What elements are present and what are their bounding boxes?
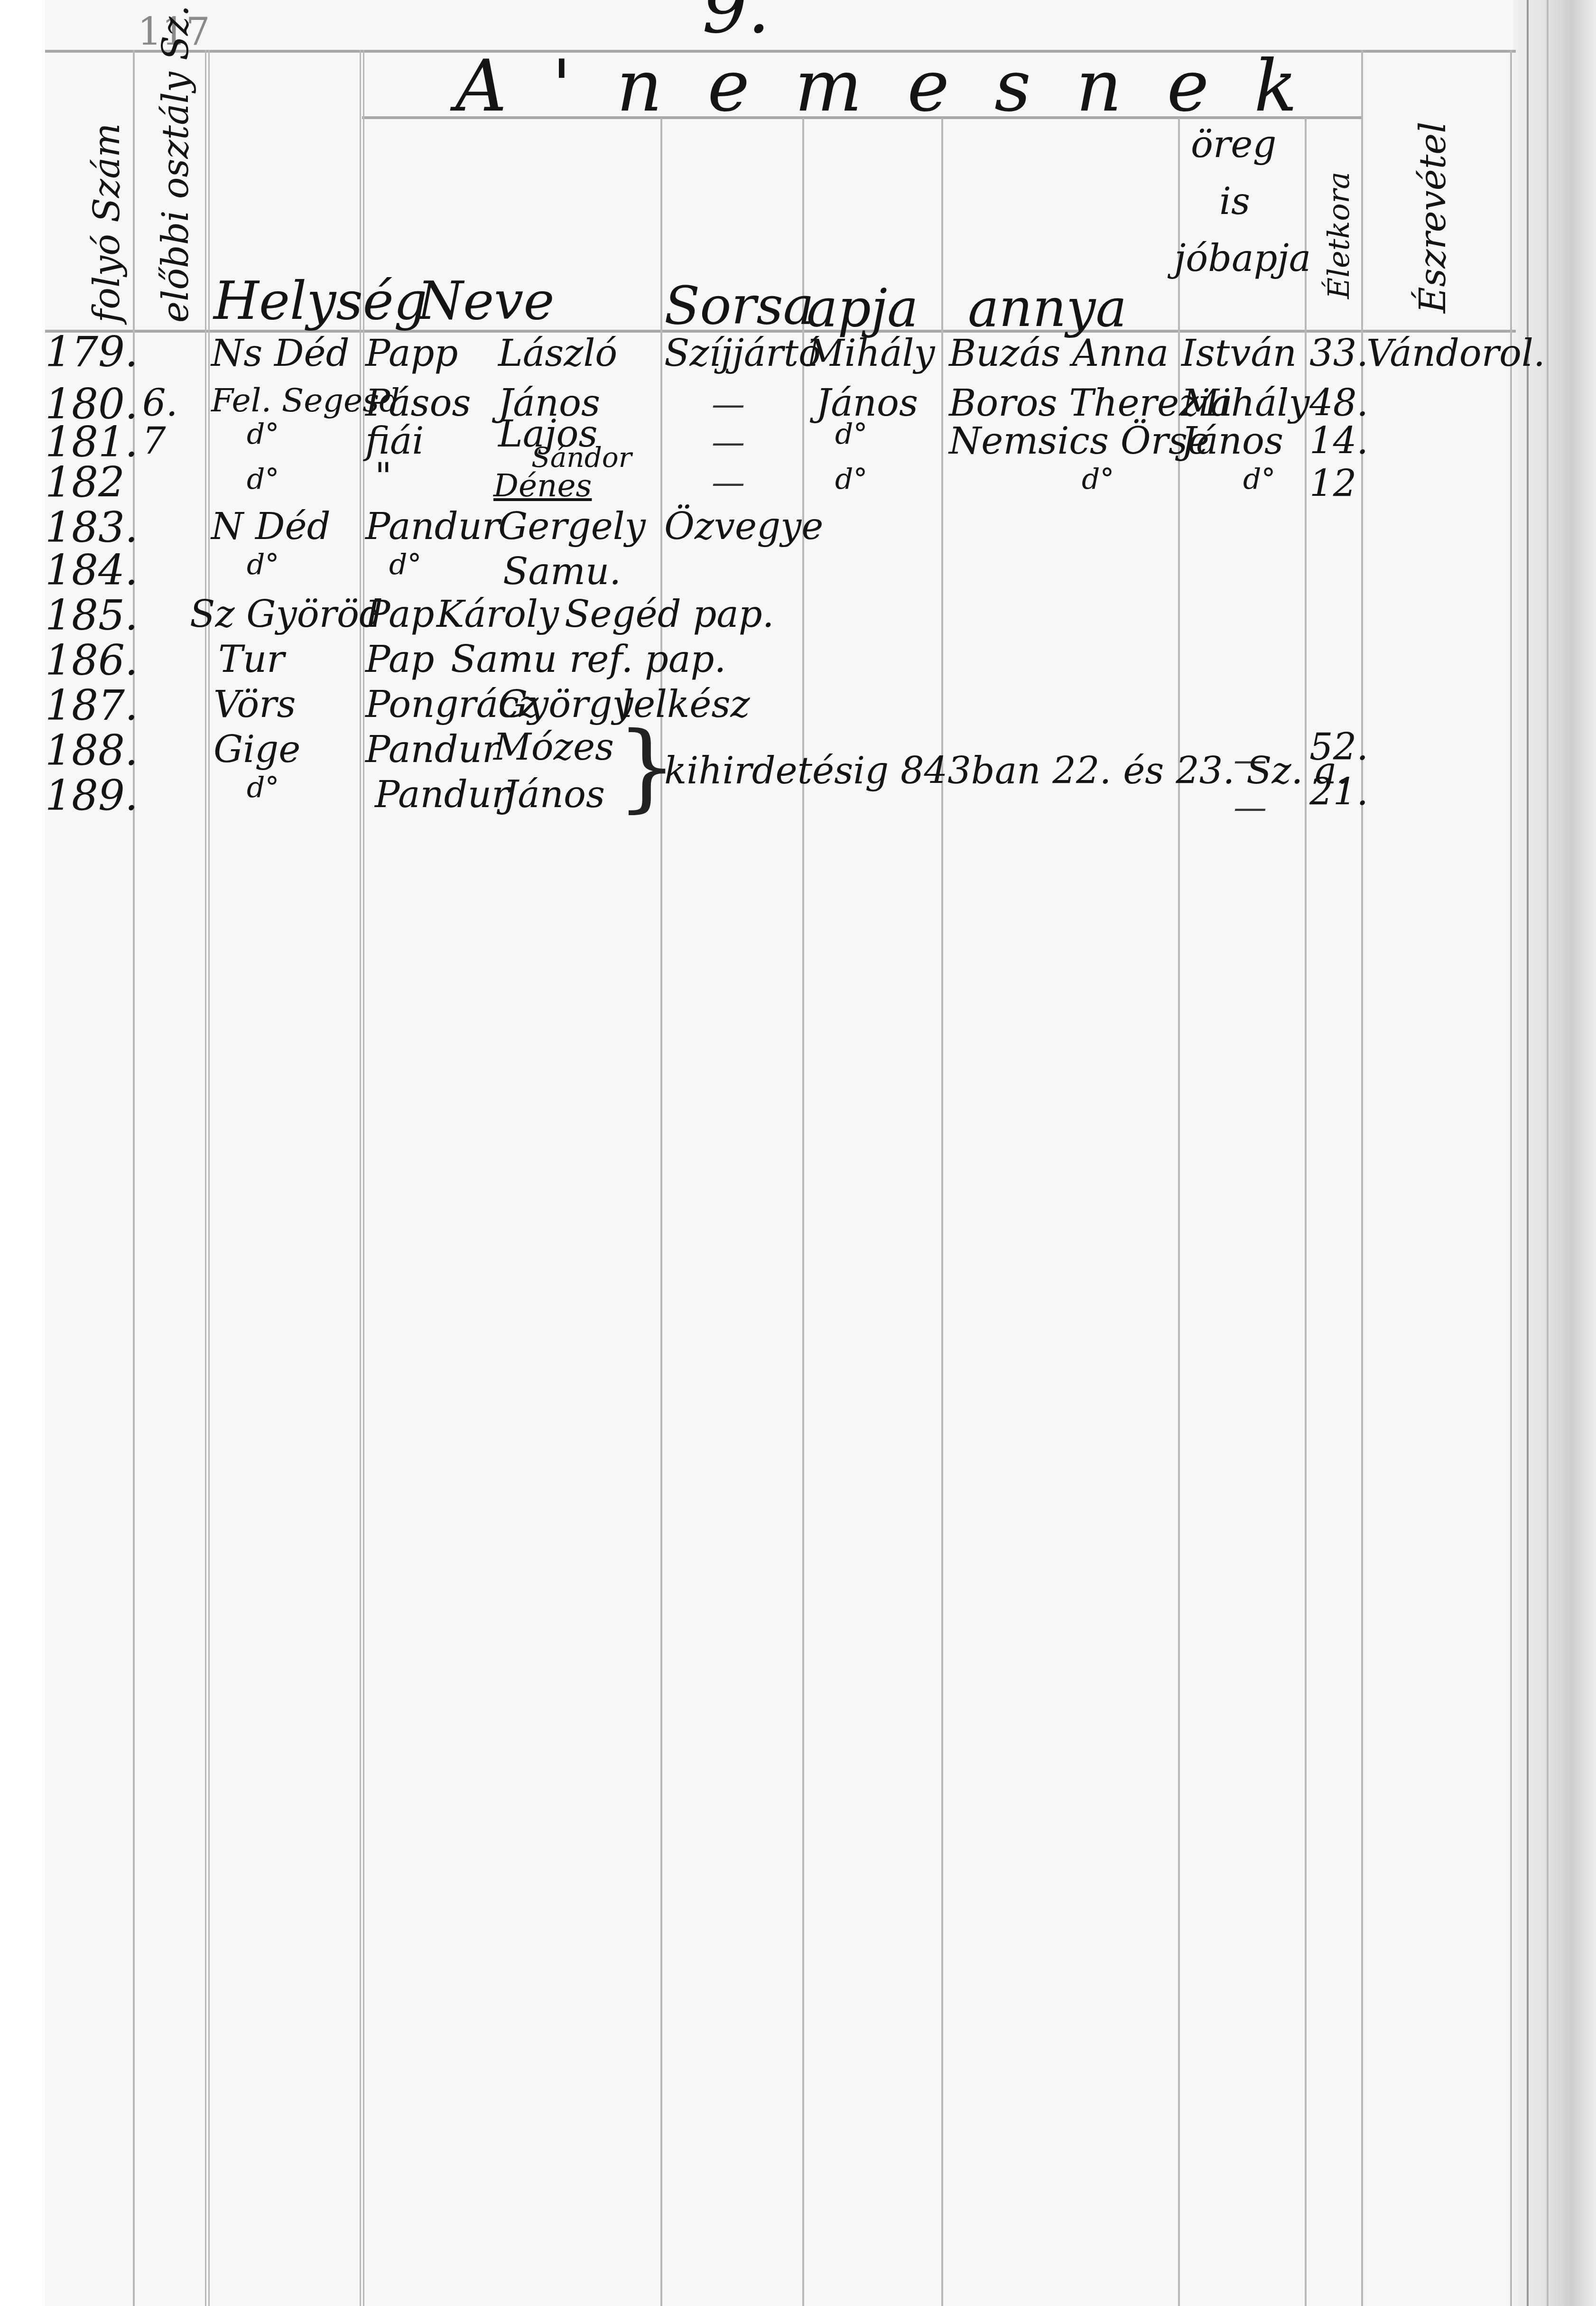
spine-edge-line	[1547, 0, 1549, 2306]
row-status: —	[712, 422, 745, 461]
row-place: Tur	[218, 638, 285, 681]
header-previous-class: előbbi osztály Sz.	[154, 85, 196, 323]
row-given-name: János	[503, 773, 605, 816]
row-mother-ditto: d°	[1082, 463, 1114, 496]
row-place-ditto: d°	[247, 463, 279, 496]
row-surname: Pandur	[375, 773, 509, 816]
row-father-ditto: d°	[835, 418, 867, 451]
row-serial: 188.	[45, 726, 138, 775]
row-given-name-struck: Dénes	[493, 467, 592, 504]
row-serial: 183.	[45, 503, 138, 552]
row-place: Gige	[213, 728, 300, 771]
row-place: N Déd	[211, 505, 331, 548]
row-given-name: Károly	[436, 593, 559, 636]
row-age: 12	[1309, 463, 1356, 505]
row-age: 33.	[1309, 332, 1368, 375]
row-previous-class: 7	[142, 420, 166, 463]
row-surname-ditto: d°	[389, 548, 421, 581]
row-place: Sz Györöd	[190, 593, 383, 636]
row-status: Özvegye	[664, 505, 823, 548]
row-given-name: Gergely	[498, 505, 646, 548]
row-serial: 184.	[45, 546, 138, 595]
column-divider	[205, 50, 210, 2306]
header-mother: annya	[968, 278, 1127, 338]
column-divider	[802, 118, 804, 2306]
row-place: Ns Déd	[211, 332, 350, 375]
row-mother: Buzás Anna	[949, 332, 1169, 375]
column-divider	[660, 118, 662, 2306]
header-serial-number: folyó Szám	[85, 142, 128, 323]
row-surname: Pandur	[365, 728, 500, 771]
row-place: Vörs	[213, 683, 296, 726]
row-surname-ditto: "	[375, 456, 392, 498]
column-divider	[941, 118, 943, 2306]
row-grandfather-ditto: d°	[1243, 463, 1275, 496]
header-status: Sorsa	[664, 275, 814, 336]
row-place-ditto: d°	[247, 418, 279, 451]
section-title: A'nemesnek	[455, 45, 1342, 128]
row-previous-class: 6.	[142, 382, 177, 425]
header-name: Neve	[418, 270, 555, 331]
row-surname: Pap	[365, 593, 434, 636]
joint-note: kihirdetésig 843ban 22. és 23. Sz. a.	[664, 750, 1348, 792]
row-status: Segéd pap.	[565, 593, 774, 636]
header-age: Életkora	[1321, 142, 1356, 299]
row-status: ref. pap.	[569, 638, 726, 681]
header-grandfather-line2: is	[1219, 180, 1250, 223]
row-surname: Papp	[365, 332, 458, 375]
row-given-name: László	[498, 332, 617, 375]
row-serial: 185.	[45, 591, 138, 640]
row-given-name: Samu.	[503, 550, 621, 593]
row-grandfather: János	[1181, 420, 1283, 463]
header-grandfather-line3: jóbapja	[1174, 237, 1311, 280]
row-surname: Pandur	[365, 505, 500, 548]
header-remarks: Észrevétel	[1411, 95, 1454, 313]
header-grandfather-line1: öreg	[1191, 123, 1276, 166]
row-age: 14.	[1309, 420, 1368, 463]
row-place-ditto: d°	[247, 548, 279, 581]
row-father-ditto: d°	[835, 463, 867, 496]
row-grandfather: Mihály	[1181, 382, 1310, 425]
row-status: —	[712, 463, 745, 502]
right-border	[1510, 50, 1512, 2306]
row-serial: 186.	[45, 636, 138, 685]
row-place-ditto: d°	[247, 771, 279, 804]
row-remark: Vándorol.	[1366, 332, 1545, 375]
row-status: Szíjjártó	[664, 332, 821, 375]
column-divider	[1305, 118, 1307, 2306]
row-serial: 179.	[45, 327, 138, 376]
row-given-name: Mózes	[493, 726, 614, 769]
header-father: apja	[807, 278, 919, 338]
row-status: —	[712, 384, 745, 423]
row-age: 48.	[1309, 382, 1368, 425]
row-father: Mihály	[807, 332, 935, 375]
row-surname: fiái	[365, 420, 424, 463]
row-surname: Pap	[365, 638, 434, 681]
page-marker: 9.	[702, 0, 770, 49]
row-given-name: Samu	[451, 638, 557, 681]
row-serial: 189.	[45, 771, 138, 820]
row-grandfather: —	[1234, 788, 1267, 827]
row-serial: 182	[45, 458, 125, 507]
row-mother: Nemsics Örse	[949, 420, 1209, 463]
row-serial: 187.	[45, 681, 138, 730]
row-grandfather: István	[1181, 332, 1297, 375]
row-given-name: György	[498, 683, 633, 726]
row-surname: Pásos	[365, 382, 471, 425]
header-place: Helység	[213, 270, 427, 331]
